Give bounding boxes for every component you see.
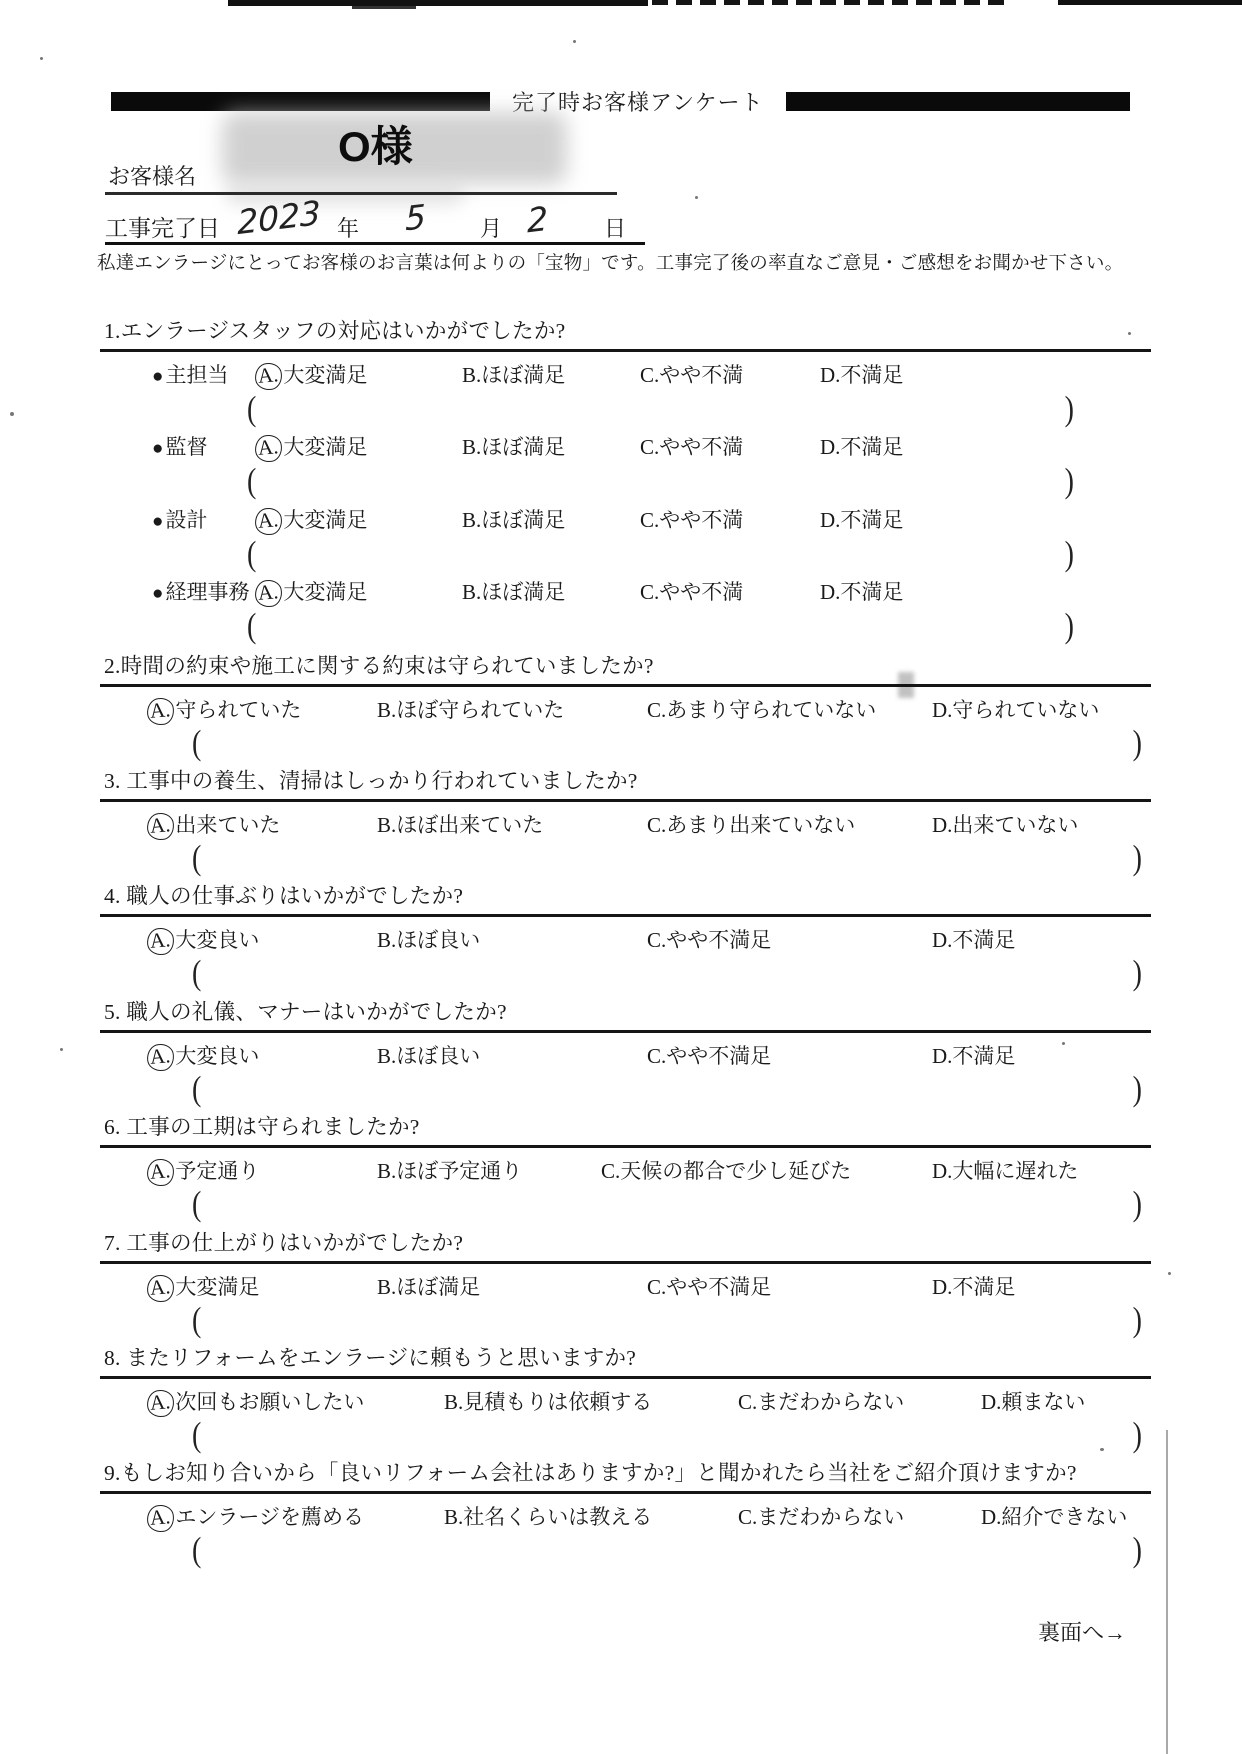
respondent-name: 設計 bbox=[165, 508, 207, 532]
option-key: B. bbox=[444, 1390, 463, 1415]
option-D[interactable]: D.守られていない bbox=[932, 694, 1242, 724]
option-A[interactable]: A.大変満足 bbox=[152, 1271, 377, 1302]
comment-line[interactable]: () bbox=[0, 1190, 1242, 1221]
option-D[interactable]: D.不満足 bbox=[932, 1040, 1242, 1070]
close-paren: ) bbox=[1133, 1531, 1142, 1571]
option-C[interactable]: C.あまり守られていない bbox=[647, 694, 932, 724]
option-D[interactable]: D.不満足 bbox=[820, 359, 1242, 389]
option-label: 出来ていた bbox=[175, 813, 280, 837]
next-page-note: 裏面へ→ bbox=[1038, 1616, 1126, 1647]
option-label: まだわからない bbox=[757, 1505, 904, 1529]
option-key: C. bbox=[738, 1505, 757, 1530]
question-heading: 9.もしお知り合いから「良いリフォーム会社はありますか?」と聞かれたら当社をご紹… bbox=[100, 1456, 1151, 1494]
option-A[interactable]: A.エンラージを薦める bbox=[152, 1501, 444, 1532]
respondent-label: ●監督 bbox=[152, 431, 260, 461]
option-key: D. bbox=[932, 928, 952, 953]
option-B[interactable]: B.ほぼ満足 bbox=[462, 504, 640, 534]
question-heading: 2.時間の約束や施工に関する約束は守られていましたか? bbox=[100, 649, 1151, 687]
question-heading: 5. 職人の礼儀、マナーはいかがでしたか? bbox=[100, 995, 1151, 1033]
option-A[interactable]: A.大変良い bbox=[152, 1040, 377, 1071]
option-key: C. bbox=[647, 1275, 666, 1300]
question-3: 3. 工事中の養生、清掃はしっかり行われていましたか?A.出来ていたB.ほぼ出来… bbox=[0, 764, 1242, 874]
answer-options-row: A.出来ていたB.ほぼ出来ていたC.あまり出来ていないD.出来ていない bbox=[0, 809, 1242, 840]
option-key: D. bbox=[820, 363, 840, 388]
intro-text: 私達エンラージにとってお客様のお言葉は何よりの「宝物」です。工事完了後の率直なご… bbox=[97, 249, 1167, 275]
open-paren: ( bbox=[192, 954, 201, 994]
option-label: 不満足 bbox=[952, 1275, 1015, 1299]
question-5: 5. 職人の礼儀、マナーはいかがでしたか?A.大変良いB.ほぼ良いC.やや不満足… bbox=[0, 995, 1242, 1105]
option-C[interactable]: C.まだわからない bbox=[738, 1386, 981, 1416]
option-label: まだわからない bbox=[757, 1390, 904, 1414]
close-paren: ) bbox=[1133, 954, 1142, 994]
option-label: やや不満足 bbox=[666, 928, 771, 952]
bullet-icon: ● bbox=[152, 366, 163, 387]
option-key: C. bbox=[647, 813, 666, 838]
answer-options-row: A.予定通りB.ほぼ予定通りC.天候の都合で少し延びたD.大幅に遅れた bbox=[0, 1155, 1242, 1186]
option-label: 頼まない bbox=[1001, 1390, 1085, 1414]
option-key: C. bbox=[738, 1390, 757, 1415]
date-year-unit: 年 bbox=[337, 212, 359, 243]
redaction-bar-left bbox=[111, 92, 490, 111]
date-day-value[interactable]: 2 bbox=[527, 199, 549, 241]
option-A[interactable]: A.守られていた bbox=[152, 694, 377, 725]
option-key: C. bbox=[640, 363, 659, 388]
option-D[interactable]: D.不満足 bbox=[820, 431, 1242, 461]
completion-date-row: 工事完了日 2023 年 5 月 2 日 bbox=[105, 198, 645, 245]
option-key: B. bbox=[377, 1159, 396, 1184]
open-paren: ( bbox=[192, 839, 201, 879]
option-label: ほぼ良い bbox=[396, 928, 480, 952]
option-label: 不満足 bbox=[840, 435, 903, 459]
respondent-name: 主担当 bbox=[165, 363, 228, 387]
option-label: やや不満 bbox=[659, 363, 743, 387]
option-label: あまり守られていない bbox=[666, 698, 876, 722]
option-C[interactable]: C.やや不満 bbox=[640, 504, 820, 534]
selected-answer-circle: A. bbox=[146, 696, 176, 726]
question-1: 1.エンラージスタッフの対応はいかがでしたか?●主担当A.大変満足B.ほぼ満足C… bbox=[0, 314, 1242, 644]
answer-options-row: ●主担当A.大変満足B.ほぼ満足C.やや不満D.不満足 bbox=[0, 359, 1242, 390]
bullet-icon: ● bbox=[152, 511, 163, 532]
option-D[interactable]: D.出来ていない bbox=[932, 809, 1242, 839]
option-label: ほぼ満足 bbox=[481, 363, 565, 387]
option-B[interactable]: B.ほぼ出来ていた bbox=[377, 809, 647, 839]
respondent-label: ●経理事務 bbox=[152, 576, 260, 606]
completion-date-label: 工事完了日 bbox=[105, 210, 220, 243]
option-C[interactable]: C.あまり出来ていない bbox=[647, 809, 932, 839]
option-label: ほぼ良い bbox=[396, 1044, 480, 1068]
option-label: 守られていた bbox=[175, 698, 301, 722]
option-B[interactable]: B.社名くらいは教える bbox=[444, 1501, 738, 1531]
option-label: やや不満 bbox=[659, 508, 743, 532]
selected-answer-circle: A. bbox=[146, 1389, 176, 1419]
comment-line[interactable]: () bbox=[0, 538, 1242, 571]
option-C[interactable]: C.やや不満足 bbox=[647, 1271, 932, 1301]
option-key: D. bbox=[820, 435, 840, 460]
selected-answer-circle: A. bbox=[254, 362, 284, 392]
survey-page: 完了時お客様アンケート O様 お客様名 工事完了日 2023 年 5 月 2 日… bbox=[0, 0, 1242, 1754]
option-label: ほぼ満足 bbox=[396, 1275, 480, 1299]
option-C[interactable]: C.まだわからない bbox=[738, 1501, 981, 1531]
option-A[interactable]: A.大変良い bbox=[152, 924, 377, 955]
option-label: ほぼ出来ていた bbox=[396, 813, 543, 837]
date-year-value[interactable]: 2023 bbox=[237, 193, 321, 242]
scan-noise-strip bbox=[352, 6, 416, 9]
answer-options-row: A.次回もお願いしたいB.見積もりは依頼するC.まだわからないD.頼まない bbox=[0, 1386, 1242, 1417]
option-D[interactable]: D.不満足 bbox=[820, 504, 1242, 534]
option-B[interactable]: B.ほぼ良い bbox=[377, 924, 647, 954]
selected-answer-circle: A. bbox=[254, 434, 284, 464]
question-8: 8. またリフォームをエンラージに頼もうと思いますか?A.次回もお願いしたいB.… bbox=[0, 1341, 1242, 1451]
option-label: 見積もりは依頼する bbox=[463, 1390, 652, 1414]
option-label: やや不満足 bbox=[666, 1275, 771, 1299]
option-key: B. bbox=[377, 813, 396, 838]
redaction-bar-right bbox=[786, 92, 1130, 111]
respondent-name: 監督 bbox=[165, 435, 207, 459]
customer-name[interactable]: O様 bbox=[338, 114, 413, 174]
option-key: D. bbox=[932, 1044, 952, 1069]
option-label: 紹介できない bbox=[1001, 1505, 1127, 1529]
open-paren: ( bbox=[247, 462, 256, 502]
option-C[interactable]: C.やや不満足 bbox=[647, 1040, 932, 1070]
option-key: C. bbox=[647, 698, 666, 723]
comment-line[interactable]: () bbox=[0, 1536, 1242, 1567]
scan-speck bbox=[573, 40, 576, 43]
answer-options-row: A.大変満足B.ほぼ満足C.やや不満足D.不満足 bbox=[0, 1271, 1242, 1302]
option-label: 不満足 bbox=[952, 1044, 1015, 1068]
option-label: 大変満足 bbox=[283, 580, 367, 604]
option-key: D. bbox=[932, 813, 952, 838]
customer-name-label: お客様名 bbox=[108, 160, 196, 191]
option-D[interactable]: D.不満足 bbox=[932, 924, 1242, 954]
option-C[interactable]: C.やや不満 bbox=[640, 431, 820, 461]
answer-options-row: A.エンラージを薦めるB.社名くらいは教えるC.まだわからないD.紹介できない bbox=[0, 1501, 1242, 1532]
option-C[interactable]: C.やや不満足 bbox=[647, 924, 932, 954]
option-A[interactable]: A.次回もお願いしたい bbox=[152, 1386, 444, 1417]
option-B[interactable]: B.見積もりは依頼する bbox=[444, 1386, 738, 1416]
scan-speck bbox=[695, 196, 698, 199]
option-A[interactable]: A.大変満足 bbox=[260, 431, 462, 462]
option-label: 不満足 bbox=[840, 508, 903, 532]
scan-noise-strip bbox=[1058, 0, 1242, 5]
option-key: B. bbox=[462, 363, 481, 388]
option-label: 守られていない bbox=[952, 698, 1099, 722]
close-paren: ) bbox=[1065, 390, 1074, 430]
close-paren: ) bbox=[1133, 1185, 1142, 1225]
option-B[interactable]: B.ほぼ満足 bbox=[377, 1271, 647, 1301]
option-label: ほぼ満足 bbox=[481, 580, 565, 604]
option-key: C. bbox=[647, 928, 666, 953]
option-D[interactable]: D.紹介できない bbox=[981, 1501, 1242, 1531]
open-paren: ( bbox=[192, 724, 201, 764]
answer-options-row: A.大変良いB.ほぼ良いC.やや不満足D.不満足 bbox=[0, 1040, 1242, 1071]
scan-noise-strip bbox=[228, 0, 648, 6]
option-D[interactable]: D.不満足 bbox=[932, 1271, 1242, 1301]
answer-options-row: ●設計A.大変満足B.ほぼ満足C.やや不満D.不満足 bbox=[0, 504, 1242, 535]
option-key: B. bbox=[377, 1275, 396, 1300]
answer-options-row: ●監督A.大変満足B.ほぼ満足C.やや不満D.不満足 bbox=[0, 431, 1242, 462]
close-paren: ) bbox=[1133, 1070, 1142, 1110]
comment-line[interactable]: () bbox=[0, 611, 1242, 644]
respondent-label: ●設計 bbox=[152, 504, 260, 534]
comment-line[interactable]: () bbox=[0, 1074, 1242, 1105]
bullet-icon: ● bbox=[152, 438, 163, 459]
close-paren: ) bbox=[1065, 462, 1074, 502]
option-key: B. bbox=[444, 1505, 463, 1530]
selected-answer-circle: A. bbox=[146, 927, 176, 957]
question-9: 9.もしお知り合いから「良いリフォーム会社はありますか?」と聞かれたら当社をご紹… bbox=[0, 1456, 1242, 1566]
option-key: D. bbox=[820, 580, 840, 605]
answer-options-row: ●経理事務A.大変満足B.ほぼ満足C.やや不満D.不満足 bbox=[0, 576, 1242, 607]
option-label: やや不満 bbox=[659, 580, 743, 604]
option-key: B. bbox=[377, 1044, 396, 1069]
close-paren: ) bbox=[1065, 607, 1074, 647]
selected-answer-circle: A. bbox=[146, 1504, 176, 1534]
answer-options-row: A.守られていたB.ほぼ守られていたC.あまり守られていないD.守られていない bbox=[0, 694, 1242, 725]
close-paren: ) bbox=[1133, 724, 1142, 764]
comment-line[interactable]: () bbox=[0, 466, 1242, 499]
option-key: D. bbox=[981, 1390, 1001, 1415]
bullet-icon: ● bbox=[152, 583, 163, 604]
open-paren: ( bbox=[192, 1301, 201, 1341]
option-key: B. bbox=[377, 928, 396, 953]
comment-line[interactable]: () bbox=[0, 1305, 1242, 1336]
close-paren: ) bbox=[1133, 1301, 1142, 1341]
comment-line[interactable]: () bbox=[0, 959, 1242, 990]
option-key: C. bbox=[640, 435, 659, 460]
option-C[interactable]: C.やや不満 bbox=[640, 576, 820, 606]
option-B[interactable]: B.ほぼ予定通り bbox=[377, 1155, 601, 1185]
option-key: D. bbox=[932, 1275, 952, 1300]
option-key: D. bbox=[932, 1159, 952, 1184]
option-A[interactable]: A.大変満足 bbox=[260, 359, 462, 390]
selected-answer-circle: A. bbox=[254, 507, 284, 537]
option-label: やや不満足 bbox=[666, 1044, 771, 1068]
option-key: B. bbox=[462, 508, 481, 533]
option-C[interactable]: C.天候の都合で少し延びた bbox=[601, 1155, 932, 1185]
date-month-unit: 月 bbox=[480, 212, 502, 243]
option-label: ほぼ予定通り bbox=[396, 1159, 522, 1183]
option-key: C. bbox=[647, 1044, 666, 1069]
question-4: 4. 職人の仕事ぶりはいかがでしたか?A.大変良いB.ほぼ良いC.やや不満足D.… bbox=[0, 879, 1242, 989]
option-key: C. bbox=[640, 508, 659, 533]
option-label: やや不満 bbox=[659, 435, 743, 459]
close-paren: ) bbox=[1133, 839, 1142, 879]
comment-line[interactable]: () bbox=[0, 393, 1242, 426]
question-6: 6. 工事の工期は守られましたか?A.予定通りB.ほぼ予定通りC.天候の都合で少… bbox=[0, 1110, 1242, 1220]
answer-options-row: A.大変良いB.ほぼ良いC.やや不満足D.不満足 bbox=[0, 924, 1242, 955]
option-label: あまり出来ていない bbox=[666, 813, 855, 837]
question-heading: 8. またリフォームをエンラージに頼もうと思いますか? bbox=[100, 1341, 1151, 1379]
selected-answer-circle: A. bbox=[146, 1158, 176, 1188]
option-C[interactable]: C.やや不満 bbox=[640, 359, 820, 389]
option-B[interactable]: B.ほぼ満足 bbox=[462, 359, 640, 389]
question-2: 2.時間の約束や施工に関する約束は守られていましたか?A.守られていたB.ほぼ守… bbox=[0, 649, 1242, 759]
option-key: B. bbox=[462, 580, 481, 605]
question-heading: 1.エンラージスタッフの対応はいかがでしたか? bbox=[100, 314, 1151, 352]
selected-answer-circle: A. bbox=[146, 812, 176, 842]
option-D[interactable]: D.頼まない bbox=[981, 1386, 1242, 1416]
option-label: 社名くらいは教える bbox=[463, 1505, 652, 1529]
option-A[interactable]: A.大変満足 bbox=[260, 504, 462, 535]
selected-answer-circle: A. bbox=[146, 1043, 176, 1073]
date-day-unit: 日 bbox=[604, 212, 626, 243]
open-paren: ( bbox=[192, 1531, 201, 1571]
open-paren: ( bbox=[247, 390, 256, 430]
option-label: 大変満足 bbox=[175, 1275, 259, 1299]
option-key: C. bbox=[640, 580, 659, 605]
option-B[interactable]: B.ほぼ満足 bbox=[462, 576, 640, 606]
option-key: D. bbox=[981, 1505, 1001, 1530]
open-paren: ( bbox=[247, 535, 256, 575]
option-label: 次回もお願いしたい bbox=[175, 1390, 364, 1414]
open-paren: ( bbox=[192, 1070, 201, 1110]
option-D[interactable]: D.大幅に遅れた bbox=[932, 1155, 1242, 1185]
option-key: B. bbox=[462, 435, 481, 460]
question-heading: 6. 工事の工期は守られましたか? bbox=[100, 1110, 1151, 1148]
open-paren: ( bbox=[247, 607, 256, 647]
option-label: 大幅に遅れた bbox=[952, 1159, 1078, 1183]
question-7: 7. 工事の仕上がりはいかがでしたか?A.大変満足B.ほぼ満足C.やや不満足D.… bbox=[0, 1226, 1242, 1336]
option-label: 天候の都合で少し延びた bbox=[620, 1159, 851, 1183]
option-label: 出来ていない bbox=[952, 813, 1078, 837]
option-label: 大変良い bbox=[175, 928, 259, 952]
option-B[interactable]: B.ほぼ守られていた bbox=[377, 694, 647, 724]
option-label: 大変良い bbox=[175, 1044, 259, 1068]
option-B[interactable]: B.ほぼ満足 bbox=[462, 431, 640, 461]
scan-noise-strip bbox=[652, 0, 1008, 5]
option-label: ほぼ守られていた bbox=[396, 698, 564, 722]
option-key: C. bbox=[601, 1159, 620, 1184]
option-label: 不満足 bbox=[840, 363, 903, 387]
option-A[interactable]: A.大変満足 bbox=[260, 576, 462, 607]
respondent-name: 経理事務 bbox=[165, 580, 249, 604]
option-label: 不満足 bbox=[952, 928, 1015, 952]
open-paren: ( bbox=[192, 1416, 201, 1456]
option-label: 大変満足 bbox=[283, 435, 367, 459]
option-key: D. bbox=[820, 508, 840, 533]
date-month-value[interactable]: 5 bbox=[405, 197, 427, 239]
option-B[interactable]: B.ほぼ良い bbox=[377, 1040, 647, 1070]
close-paren: ) bbox=[1065, 535, 1074, 575]
option-key: D. bbox=[932, 698, 952, 723]
comment-line[interactable]: () bbox=[0, 1420, 1242, 1451]
selected-answer-circle: A. bbox=[254, 579, 284, 609]
comment-line[interactable]: () bbox=[0, 843, 1242, 874]
respondent-label: ●主担当 bbox=[152, 359, 260, 389]
option-label: 不満足 bbox=[840, 580, 903, 604]
option-label: 大変満足 bbox=[283, 508, 367, 532]
option-label: ほぼ満足 bbox=[481, 508, 565, 532]
option-D[interactable]: D.不満足 bbox=[820, 576, 1242, 606]
questions: 1.エンラージスタッフの対応はいかがでしたか?●主担当A.大変満足B.ほぼ満足C… bbox=[0, 314, 1242, 1572]
option-label: エンラージを薦める bbox=[175, 1505, 364, 1529]
option-A[interactable]: A.予定通り bbox=[152, 1155, 377, 1186]
question-heading: 4. 職人の仕事ぶりはいかがでしたか? bbox=[100, 879, 1151, 917]
close-paren: ) bbox=[1133, 1416, 1142, 1456]
question-heading: 7. 工事の仕上がりはいかがでしたか? bbox=[100, 1226, 1151, 1264]
option-label: ほぼ満足 bbox=[481, 435, 565, 459]
option-label: 予定通り bbox=[175, 1159, 259, 1183]
option-label: 大変満足 bbox=[283, 363, 367, 387]
open-paren: ( bbox=[192, 1185, 201, 1225]
comment-line[interactable]: () bbox=[0, 728, 1242, 759]
selected-answer-circle: A. bbox=[146, 1274, 176, 1304]
scan-speck bbox=[40, 57, 43, 60]
option-key: B. bbox=[377, 698, 396, 723]
option-A[interactable]: A.出来ていた bbox=[152, 809, 377, 840]
customer-name-underline bbox=[105, 192, 617, 195]
question-heading: 3. 工事中の養生、清掃はしっかり行われていましたか? bbox=[100, 764, 1151, 802]
